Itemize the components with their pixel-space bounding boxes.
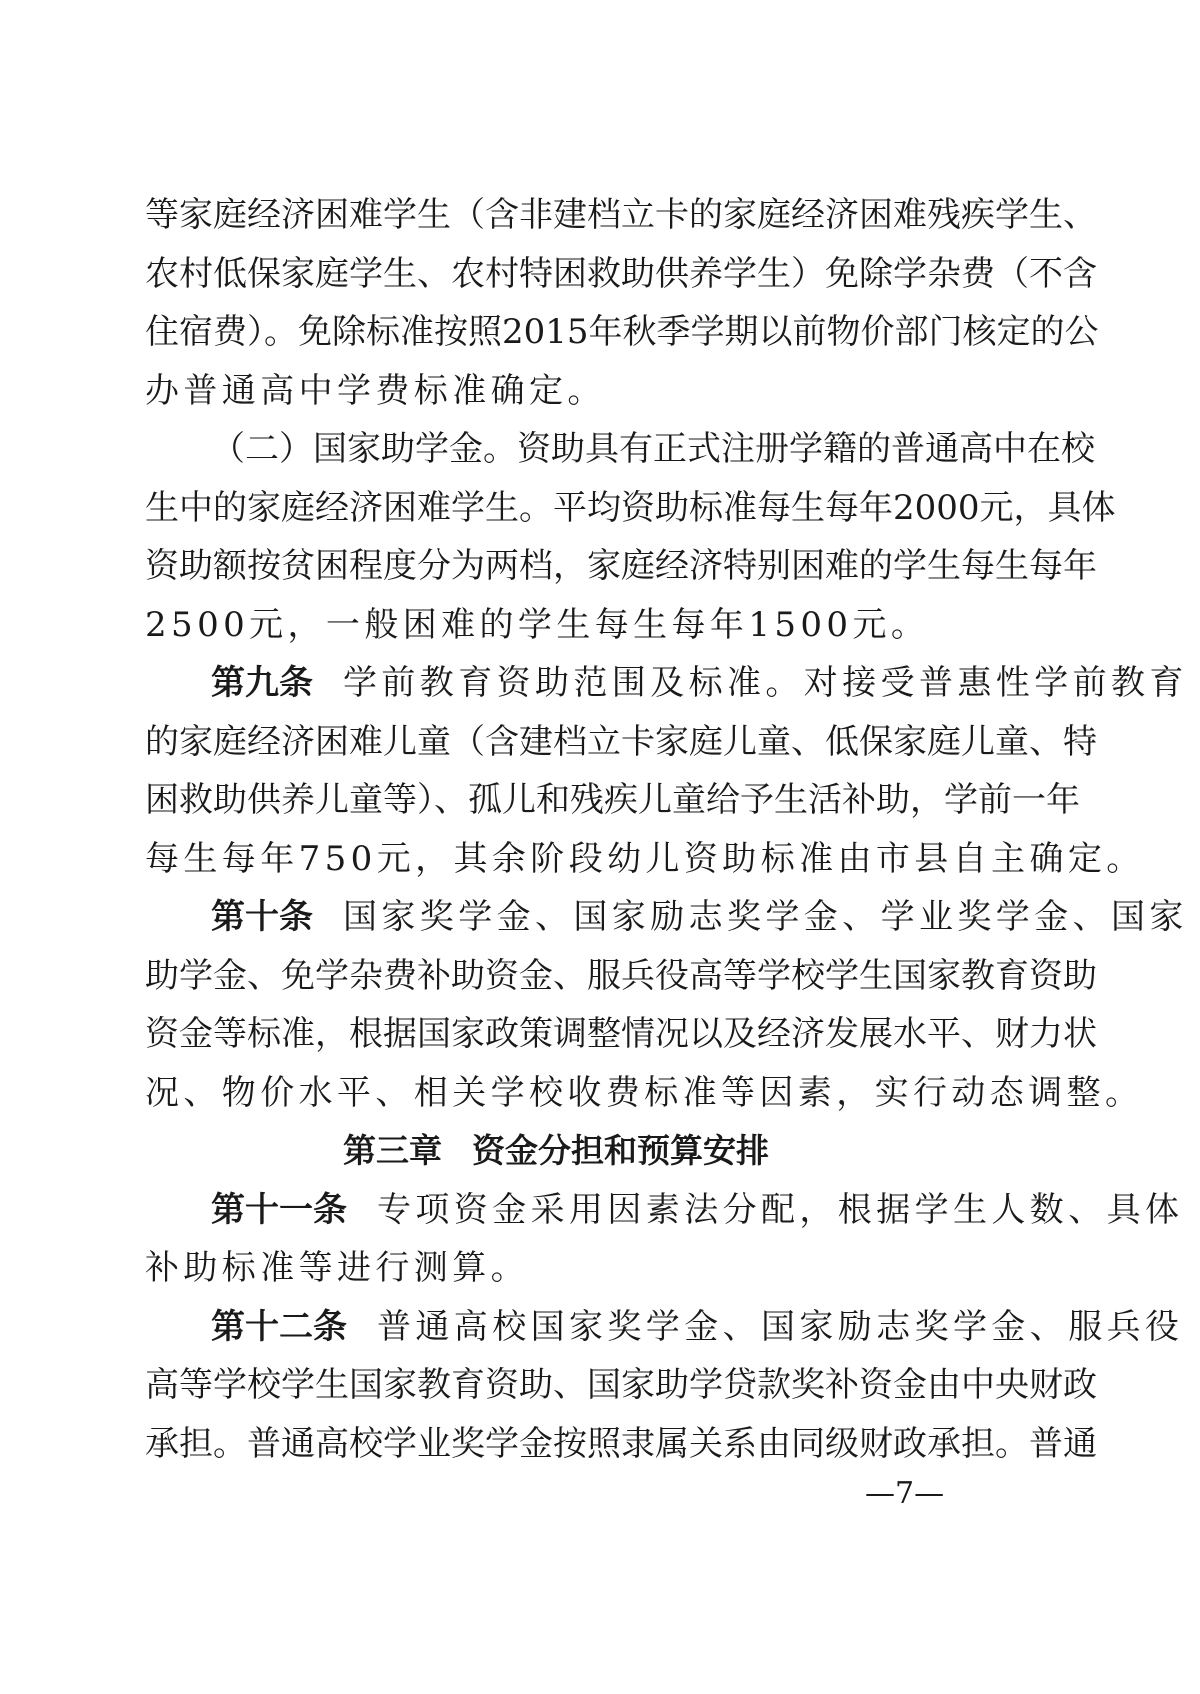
article-12: 第十二条普通高校国家奖学金、国家励志奖学金、服兵役 高等学校学生国家教育资助、国… [145, 1298, 967, 1474]
chapter-title: 资金分担和预算安排 [472, 1131, 769, 1170]
article-number: 第十二条 [211, 1307, 347, 1347]
text-line: 资助额按贫困程度分为两档，家庭经济特别困难的学生每生每年 [145, 537, 967, 596]
article-number: 第十一条 [211, 1190, 347, 1230]
paragraph-national-grant: （二）国家助学金。资助具有正式注册学籍的普通高中在校 生中的家庭经济困难学生。平… [145, 420, 967, 654]
article-number: 第十条 [211, 897, 313, 937]
text-line: 资金等标准，根据国家政策调整情况以及经济发展水平、财力状 [145, 1005, 967, 1064]
chapter-number: 第三章 [343, 1131, 442, 1170]
article-9: 第九条学前教育资助范围及标准。对接受普惠性学前教育 的家庭经济困难儿童（含建档立… [145, 654, 967, 888]
text-line: 农村低保家庭学生、农村特困救助供养学生）免除学杂费（不含 [145, 245, 967, 304]
article-text: 国家奖学金、国家励志奖学金、学业奖学金、国家 [343, 897, 1188, 937]
article-11: 第十一条专项资金采用因素法分配，根据学生人数、具体 补助标准等进行测算。 [145, 1181, 967, 1298]
text-line: 高等学校学生国家教育资助、国家助学贷款奖补资金由中央财政 [145, 1356, 967, 1415]
text-line: 第十二条普通高校国家奖学金、国家励志奖学金、服兵役 [145, 1298, 967, 1357]
article-number: 第九条 [211, 663, 313, 703]
text-line: 的家庭经济困难儿童（含建档立卡家庭儿童、低保家庭儿童、特 [145, 713, 967, 772]
text-line: 第十条国家奖学金、国家励志奖学金、学业奖学金、国家 [145, 888, 967, 947]
text-line: 第九条学前教育资助范围及标准。对接受普惠性学前教育 [145, 654, 967, 713]
paragraph-continuation: 等家庭经济困难学生（含非建档立卡的家庭经济困难残疾学生、 农村低保家庭学生、农村… [145, 186, 967, 420]
article-text: 专项资金采用因素法分配，根据学生人数、具体 [377, 1190, 1183, 1230]
document-page: 等家庭经济困难学生（含非建档立卡的家庭经济困难残疾学生、 农村低保家庭学生、农村… [145, 186, 967, 1473]
text-line: 困救助供养儿童等）、孤儿和残疾儿童给予生活补助，学前一年 [145, 771, 967, 830]
text-line: 等家庭经济困难学生（含非建档立卡的家庭经济困难残疾学生、 [145, 186, 967, 245]
article-text: 学前教育资助范围及标准。对接受普惠性学前教育 [343, 663, 1188, 703]
page-number: —7— [865, 1476, 944, 1511]
text-line: 承担。普通高校学业奖学金按照隶属关系由同级财政承担。普通 [145, 1415, 967, 1474]
text-line: 办普通高中学费标准确定。 [145, 362, 967, 421]
text-line: 2500元，一般困难的学生每生每年1500元。 [145, 596, 967, 655]
article-10: 第十条国家奖学金、国家励志奖学金、学业奖学金、国家 助学金、免学杂费补助资金、服… [145, 888, 967, 1122]
text-line: 第十一条专项资金采用因素法分配，根据学生人数、具体 [145, 1181, 967, 1240]
text-line: 生中的家庭经济困难学生。平均资助标准每生每年2000元，具体 [145, 479, 967, 538]
article-text: 普通高校国家奖学金、国家励志奖学金、服兵役 [377, 1307, 1183, 1347]
text-line: 每生每年750元，其余阶段幼儿资助标准由市县自主确定。 [145, 830, 967, 889]
text-line: （二）国家助学金。资助具有正式注册学籍的普通高中在校 [145, 420, 967, 479]
text-line: 况、物价水平、相关学校收费标准等因素，实行动态调整。 [145, 1064, 967, 1123]
chapter-heading: 第三章资金分担和预算安排 [145, 1122, 967, 1181]
text-line: 住宿费）。免除标准按照2015年秋季学期以前物价部门核定的公 [145, 303, 967, 362]
text-line: 助学金、免学杂费补助资金、服兵役高等学校学生国家教育资助 [145, 947, 967, 1006]
text-line: 补助标准等进行测算。 [145, 1239, 967, 1298]
